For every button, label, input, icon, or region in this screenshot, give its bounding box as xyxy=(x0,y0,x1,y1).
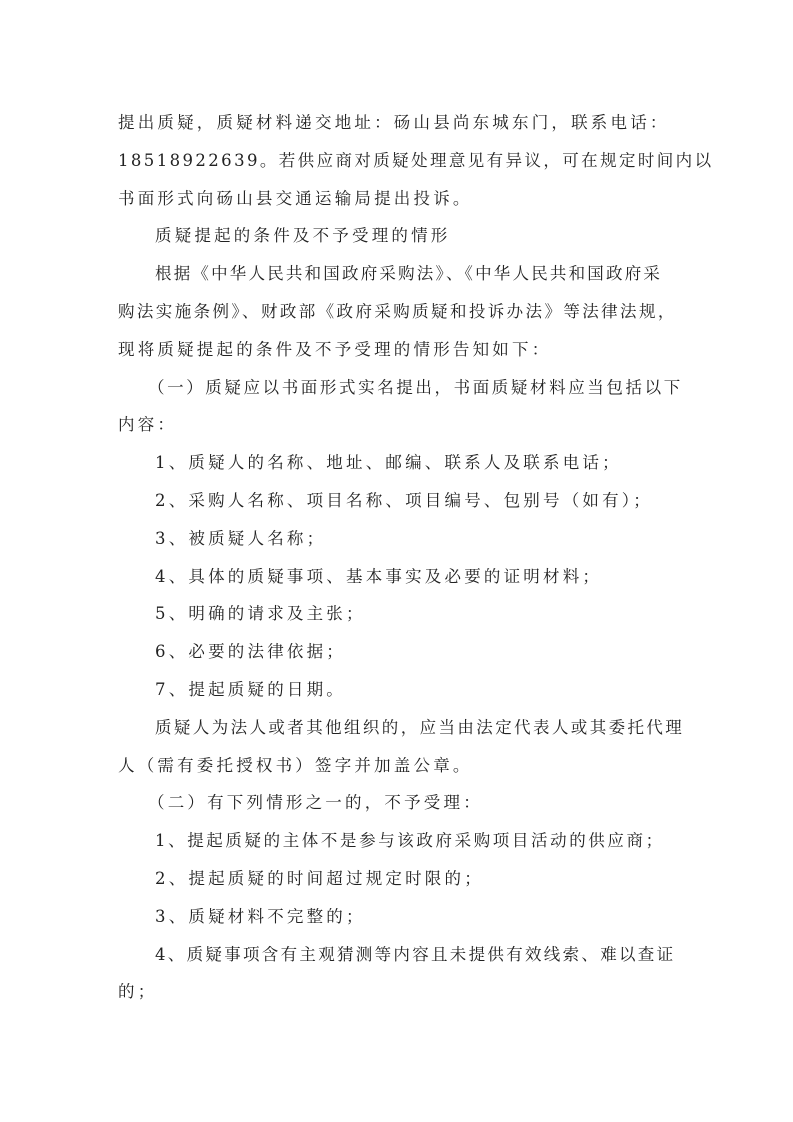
list-part-one: 1、质疑人的名称、地址、邮编、联系人及联系电话； 2、采购人名称、项目名称、项目… xyxy=(118,444,693,709)
text-line: 购法实施条例》、财政部《政府采购质疑和投诉办法》等法律法规， xyxy=(118,293,693,331)
text-line: 18518922639。若供应商对质疑处理意见有异议，可在规定时间内以 xyxy=(118,142,693,180)
text-line: 内容： xyxy=(118,406,693,444)
list-item: 2、采购人名称、项目名称、项目编号、包别号（如有）； xyxy=(118,482,693,520)
paragraph-part-one-intro: （一）质疑应以书面形式实名提出，书面质疑材料应当包括以下 内容： xyxy=(118,369,693,445)
list-item: 1、质疑人的名称、地址、邮编、联系人及联系电话； xyxy=(118,444,693,482)
document-page: 提出质疑，质疑材料递交地址：砀山县尚东城东门，联系电话： 18518922639… xyxy=(118,104,693,1011)
list-item: 3、质疑材料不完整的； xyxy=(118,898,693,936)
list-item: 1、提起质疑的主体不是参与该政府采购项目活动的供应商； xyxy=(118,822,693,860)
list-part-two: 1、提起质疑的主体不是参与该政府采购项目活动的供应商； 2、提起质疑的时间超过规… xyxy=(118,822,693,1011)
section-heading: 质疑提起的条件及不予受理的情形 xyxy=(118,217,693,255)
paragraph-legal-basis: 根据《中华人民共和国政府采购法》、《中华人民共和国政府采 购法实施条例》、财政部… xyxy=(118,255,693,368)
text-line: 提出质疑，质疑材料递交地址：砀山县尚东城东门，联系电话： xyxy=(118,104,693,142)
list-item: 6、必要的法律依据； xyxy=(118,633,693,671)
list-item: 2、提起质疑的时间超过规定时限的； xyxy=(118,860,693,898)
paragraph-contact-info: 提出质疑，质疑材料递交地址：砀山县尚东城东门，联系电话： 18518922639… xyxy=(118,104,693,217)
text-line: 现将质疑提起的条件及不予受理的情形告知如下： xyxy=(118,331,693,369)
paragraph-signature-requirement: 质疑人为法人或者其他组织的，应当由法定代表人或其委托代理 人（需有委托授权书）签… xyxy=(118,709,693,785)
list-item: 7、提起质疑的日期。 xyxy=(118,671,693,709)
text-line: 书面形式向砀山县交通运输局提出投诉。 xyxy=(118,180,693,218)
text-line: （一）质疑应以书面形式实名提出，书面质疑材料应当包括以下 xyxy=(118,369,693,407)
paragraph-part-two-intro: （二）有下列情形之一的，不予受理： xyxy=(118,784,693,822)
text-line: 人（需有委托授权书）签字并加盖公章。 xyxy=(118,747,693,785)
list-item-continuation: 的； xyxy=(118,973,693,1011)
list-item: 4、质疑事项含有主观猜测等内容且未提供有效线索、难以查证 xyxy=(118,936,693,974)
text-line: 质疑人为法人或者其他组织的，应当由法定代表人或其委托代理 xyxy=(118,709,693,747)
list-item: 5、明确的请求及主张； xyxy=(118,595,693,633)
list-item: 3、被质疑人名称； xyxy=(118,520,693,558)
list-item: 4、具体的质疑事项、基本事实及必要的证明材料； xyxy=(118,558,693,596)
text-line: 根据《中华人民共和国政府采购法》、《中华人民共和国政府采 xyxy=(118,255,693,293)
